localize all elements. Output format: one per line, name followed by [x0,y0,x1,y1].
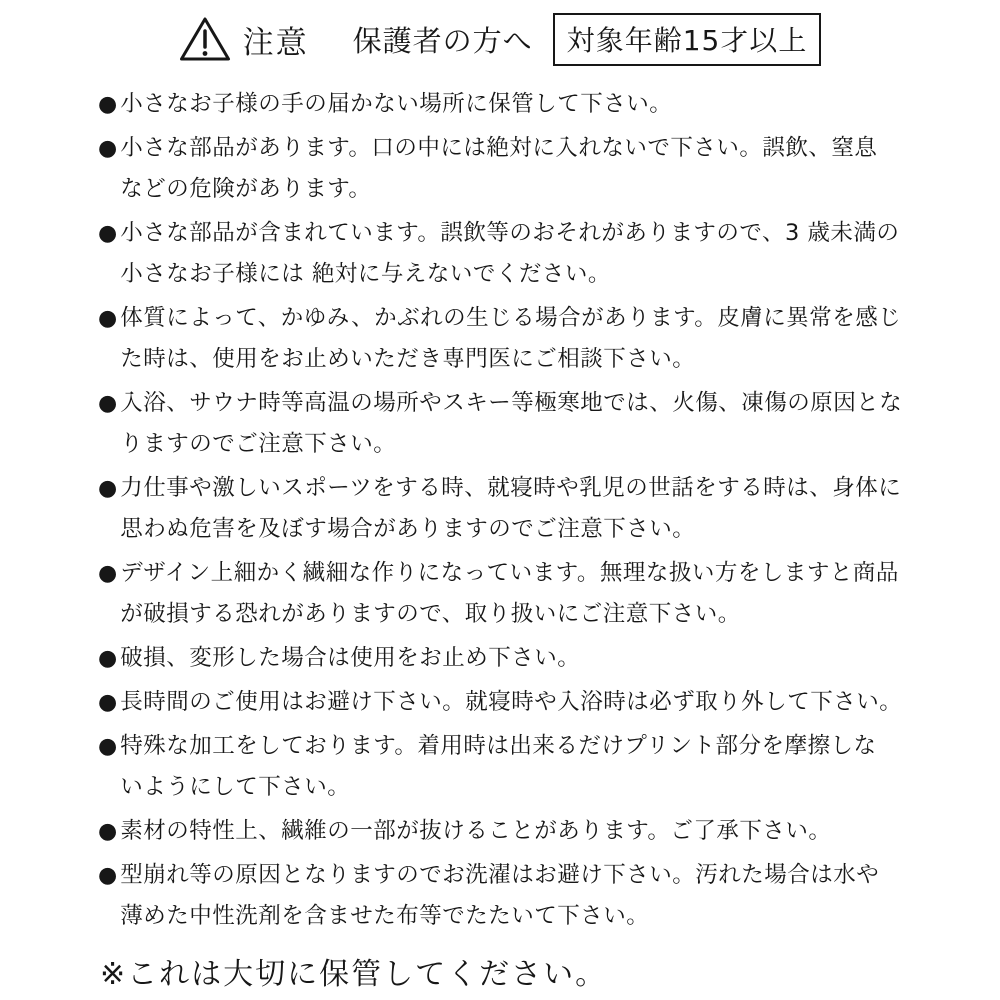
warning-triangle-icon [179,16,231,62]
caution-title: 注意 [243,17,309,62]
caution-notice-page: 注意 保護者の方へ 対象年齢15才以上 ● 小さなお子様の手の届かない場所に保管… [0,0,1000,1000]
notice-item-storage: ● 小さなお子様の手の届かない場所に保管して下さい。 [98,84,940,125]
caution-header: 注意 保護者の方へ 対象年齢15才以上 [98,14,902,64]
notice-item-long-use: ● 長時間のご使用はお避け下さい。就寝時や入浴時は必ず取り外して下さい。 [98,682,940,723]
notice-item-small-parts-mouth: ● 小さな部品があります。口の中には絶対に入れないで下さい。誤飲、窒息 などの危… [98,128,940,210]
bullet-icon: ● [98,298,117,339]
notice-text: 長時間のご使用はお避け下さい。就寝時や入浴時は必ず取り外して下さい。 [120,682,902,723]
bullet-icon: ● [98,84,117,125]
notice-text: 力仕事や激しいスポーツをする時、就寝時や乳児の世話をする時は、身体に 思わぬ危害… [120,468,901,550]
notice-item-activity: ● 力仕事や激しいスポーツをする時、就寝時や乳児の世話をする時は、身体に 思わぬ… [98,468,940,550]
notice-text: 小さな部品が含まれています。誤飲等のおそれがありますので、3 歳未満の 小さなお… [120,213,899,295]
notice-item-fiber-shedding: ● 素材の特性上、繊維の一部が抜けることがあります。ご了承下さい。 [98,811,940,852]
age-limit-box: 対象年齢15才以上 [553,13,822,66]
bullet-icon: ● [98,128,117,169]
notice-text: 小さな部品があります。口の中には絶対に入れないで下さい。誤飲、窒息 などの危険が… [120,128,877,210]
notice-item-print-friction: ● 特殊な加工をしております。着用時は出来るだけプリント部分を摩擦しな いように… [98,726,940,808]
notice-item-delicate-design: ● デザイン上細かく繊細な作りになっています。無理な扱い方をしますと商品 が破損… [98,553,940,635]
keep-this-notice: ※これは大切に保管してください。 [98,949,940,993]
notice-text: 特殊な加工をしております。着用時は出来るだけプリント部分を摩擦しな いようにして… [120,726,876,808]
notice-list: ● 小さなお子様の手の届かない場所に保管して下さい。 ● 小さな部品があります。… [98,84,940,937]
notice-item-skin-irritation: ● 体質によって、かゆみ、かぶれの生じる場合があります。皮膚に異常を感じ た時は… [98,298,940,380]
notice-text: 入浴、サウナ時等高温の場所やスキー等極寒地では、火傷、凍傷の原因とな りますので… [120,383,902,465]
notice-text: 体質によって、かゆみ、かぶれの生じる場合があります。皮膚に異常を感じ た時は、使… [120,298,901,380]
bullet-icon: ● [98,638,117,679]
notice-text: 小さなお子様の手の届かない場所に保管して下さい。 [120,84,672,125]
bullet-icon: ● [98,553,117,594]
bullet-icon: ● [98,682,117,723]
bullet-icon: ● [98,383,117,424]
notice-text: デザイン上細かく繊細な作りになっています。無理な扱い方をしますと商品 が破損する… [120,553,899,635]
bullet-icon: ● [98,468,117,509]
bullet-icon: ● [98,855,117,896]
bullet-icon: ● [98,811,117,852]
notice-text: 型崩れ等の原因となりますのでお洗濯はお避け下さい。汚れた場合は水や 薄めた中性洗… [120,855,879,937]
bullet-icon: ● [98,726,117,767]
audience-label: 保護者の方へ [353,19,533,60]
notice-item-small-parts-under3: ● 小さな部品が含まれています。誤飲等のおそれがありますので、3 歳未満の 小さ… [98,213,940,295]
bullet-icon: ● [98,213,117,254]
notice-text: 破損、変形した場合は使用をお止め下さい。 [120,638,580,679]
notice-item-washing: ● 型崩れ等の原因となりますのでお洗濯はお避け下さい。汚れた場合は水や 薄めた中… [98,855,940,937]
notice-text: 素材の特性上、繊維の一部が抜けることがあります。ご了承下さい。 [120,811,831,852]
notice-item-damage-stop-use: ● 破損、変形した場合は使用をお止め下さい。 [98,638,940,679]
notice-item-temperature: ● 入浴、サウナ時等高温の場所やスキー等極寒地では、火傷、凍傷の原因とな ります… [98,383,940,465]
